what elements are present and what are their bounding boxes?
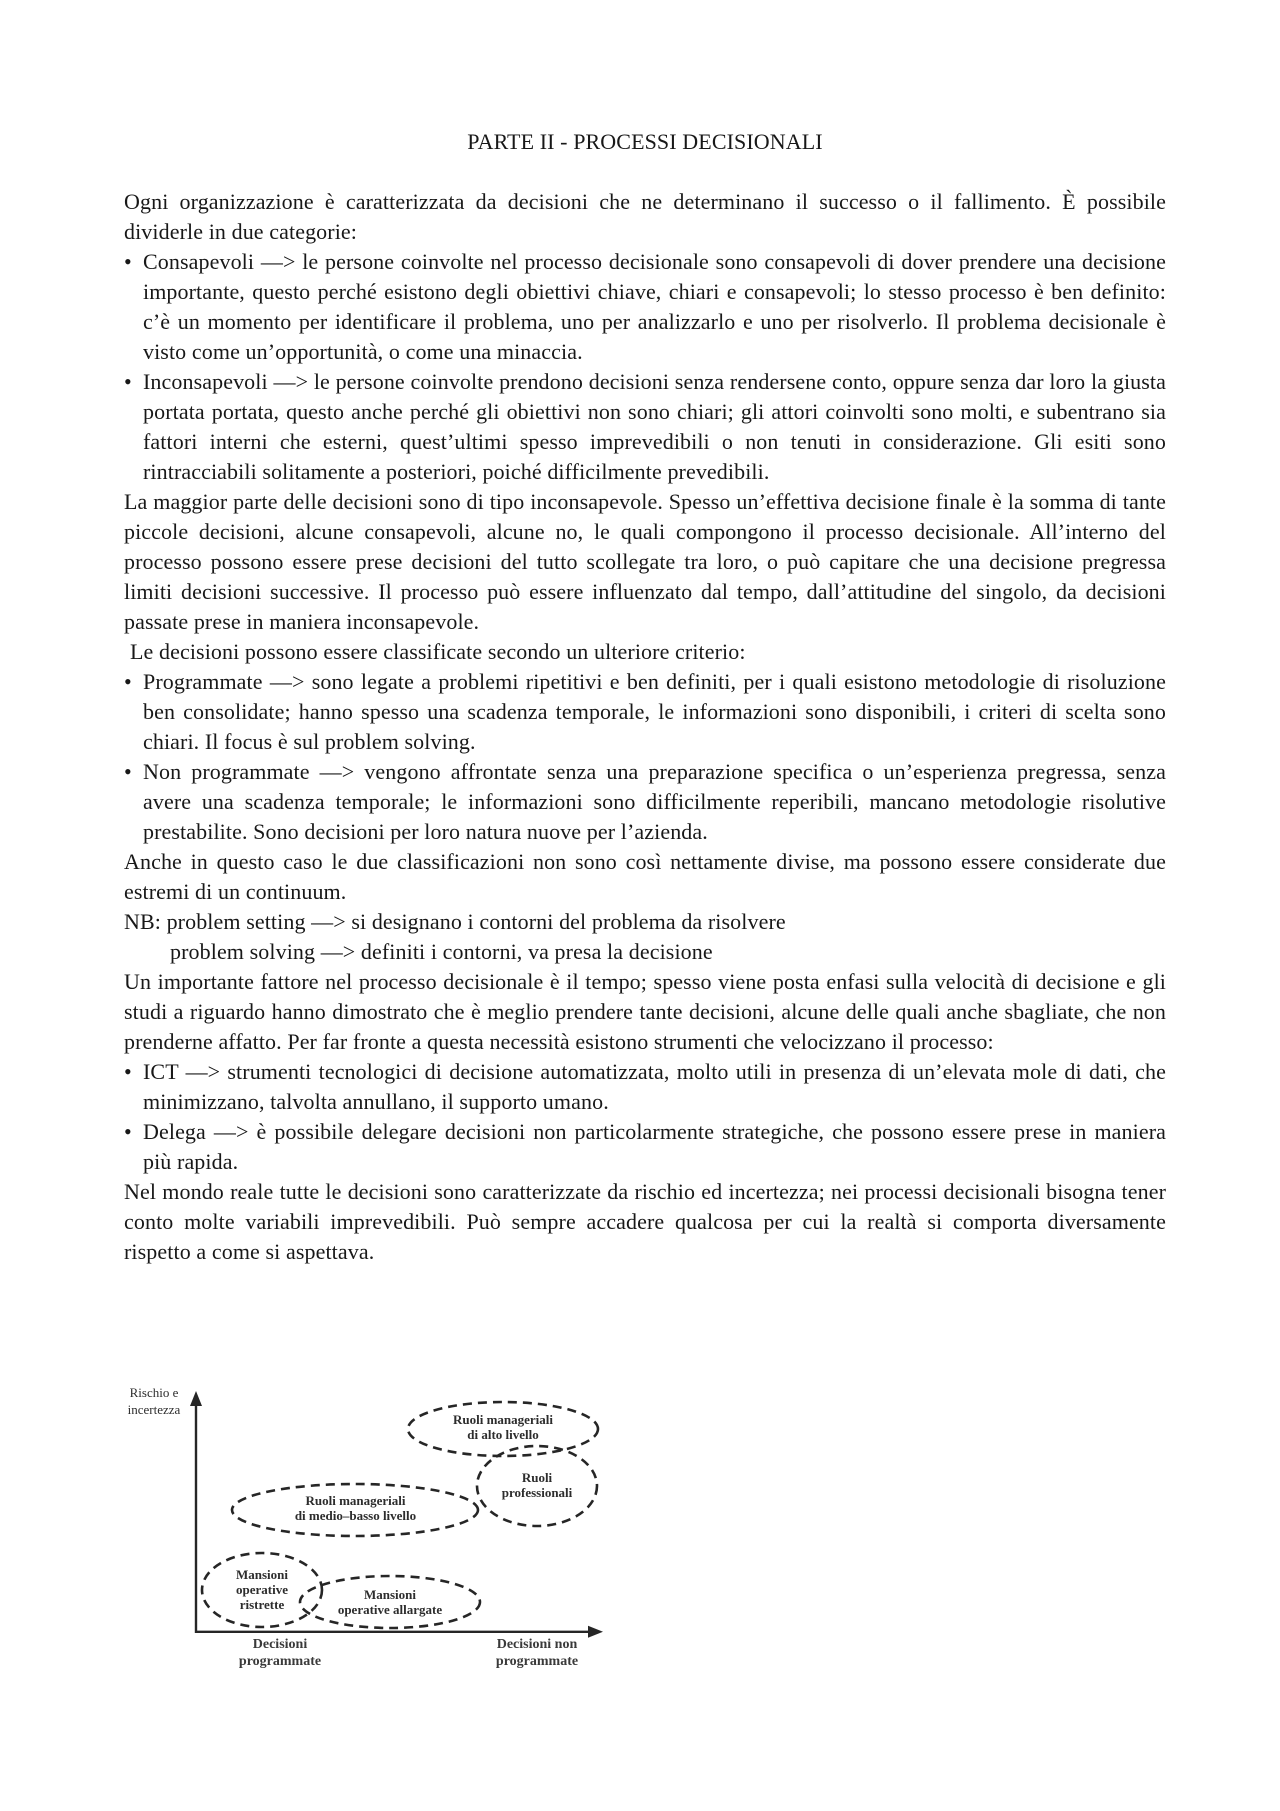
label-line: Ruoli — [487, 1470, 587, 1485]
label-line: Decisioni non — [460, 1637, 614, 1654]
y-axis-label-line2: incertezza — [118, 1401, 190, 1418]
paragraph-intro: Ogni organizzazione è caratterizzata da … — [124, 187, 1166, 247]
bullet-programmate-text: Programmate —> sono legate a problemi ri… — [143, 669, 1166, 754]
y-axis-label: Rischio e incertezza — [118, 1384, 190, 1418]
paragraph-continuum: Anche in questo caso le due classificazi… — [124, 847, 1166, 907]
y-axis-label-line1: Rischio e — [118, 1384, 190, 1401]
bullet-ict-text: ICT —> strumenti tecnologici di decision… — [143, 1059, 1166, 1114]
label-line: operative allargate — [308, 1602, 472, 1617]
bullet-consapevoli: •Consapevoli —> le persone coinvolte nel… — [124, 247, 1166, 367]
paragraph-nb-problem-setting: NB: problem setting —> si designano i co… — [124, 907, 1166, 937]
page-title: PARTE II - PROCESSI DECISIONALI — [124, 127, 1166, 157]
document-page: PARTE II - PROCESSI DECISIONALI Ogni org… — [0, 0, 1280, 1811]
label-line: Decisioni — [215, 1637, 345, 1654]
label-line: di alto livello — [416, 1427, 590, 1442]
bullet-programmate: •Programmate —> sono legate a problemi r… — [124, 667, 1166, 757]
bullet-ict: •ICT —> strumenti tecnologici di decisio… — [124, 1057, 1166, 1117]
label-line: programmate — [215, 1654, 345, 1671]
bullet-consapevoli-text: Consapevoli —> le persone coinvolte nel … — [143, 249, 1166, 364]
label-line: operative — [210, 1582, 314, 1597]
bullet-inconsapevoli-text: Inconsapevoli —> le persone coinvolte pr… — [143, 369, 1166, 484]
label-line: ristrette — [210, 1597, 314, 1612]
label-line: Ruoli manageriali — [416, 1412, 590, 1427]
bullet-non-programmate-text: Non programmate —> vengono affrontate se… — [143, 759, 1166, 844]
paragraph-nb-problem-solving: problem solving —> definiti i contorni, … — [124, 937, 1166, 967]
document-content: PARTE II - PROCESSI DECISIONALI Ogni org… — [124, 127, 1166, 1267]
label-mansioni-ristrette: Mansioni operative ristrette — [210, 1567, 314, 1612]
bullet-icon: • — [124, 247, 143, 277]
label-line: di medio–basso livello — [238, 1508, 473, 1523]
paragraph-maggior-parte: La maggior parte delle decisioni sono di… — [124, 487, 1166, 637]
paragraph-fattore-tempo: Un importante fattore nel processo decis… — [124, 967, 1166, 1057]
bullet-delega: •Delega —> è possibile delegare decision… — [124, 1117, 1166, 1177]
paragraph-rischio-incertezza: Nel mondo reale tutte le decisioni sono … — [124, 1177, 1166, 1267]
label-ruoli-medio-basso: Ruoli manageriali di medio–basso livello — [238, 1493, 473, 1523]
label-mansioni-allargate: Mansioni operative allargate — [308, 1587, 472, 1617]
bullet-icon: • — [124, 1057, 143, 1087]
bullet-icon: • — [124, 367, 143, 397]
label-line: Mansioni — [308, 1587, 472, 1602]
risk-decision-diagram: Rischio e incertezza Ruoli manageriali d… — [110, 1380, 630, 1690]
bullet-delega-text: Delega —> è possibile delegare decisioni… — [143, 1119, 1166, 1174]
x-axis-label-programmate: Decisioni programmate — [215, 1637, 345, 1670]
label-line: Ruoli manageriali — [238, 1493, 473, 1508]
label-ruoli-professionali: Ruoli professionali — [487, 1470, 587, 1500]
label-line: professionali — [487, 1485, 587, 1500]
bullet-non-programmate: •Non programmate —> vengono affrontate s… — [124, 757, 1166, 847]
paragraph-ulteriore-criterio: Le decisioni possono essere classificate… — [124, 637, 1166, 667]
bullet-inconsapevoli: •Inconsapevoli —> le persone coinvolte p… — [124, 367, 1166, 487]
label-ruoli-alto-livello: Ruoli manageriali di alto livello — [416, 1412, 590, 1442]
x-axis-arrow-icon — [588, 1626, 603, 1638]
bullet-icon: • — [124, 667, 143, 697]
bullet-icon: • — [124, 757, 143, 787]
bullet-icon: • — [124, 1117, 143, 1147]
label-line: programmate — [460, 1654, 614, 1671]
y-axis-arrow-icon — [190, 1391, 202, 1406]
x-axis-label-non-programmate: Decisioni non programmate — [460, 1637, 614, 1670]
label-line: Mansioni — [210, 1567, 314, 1582]
